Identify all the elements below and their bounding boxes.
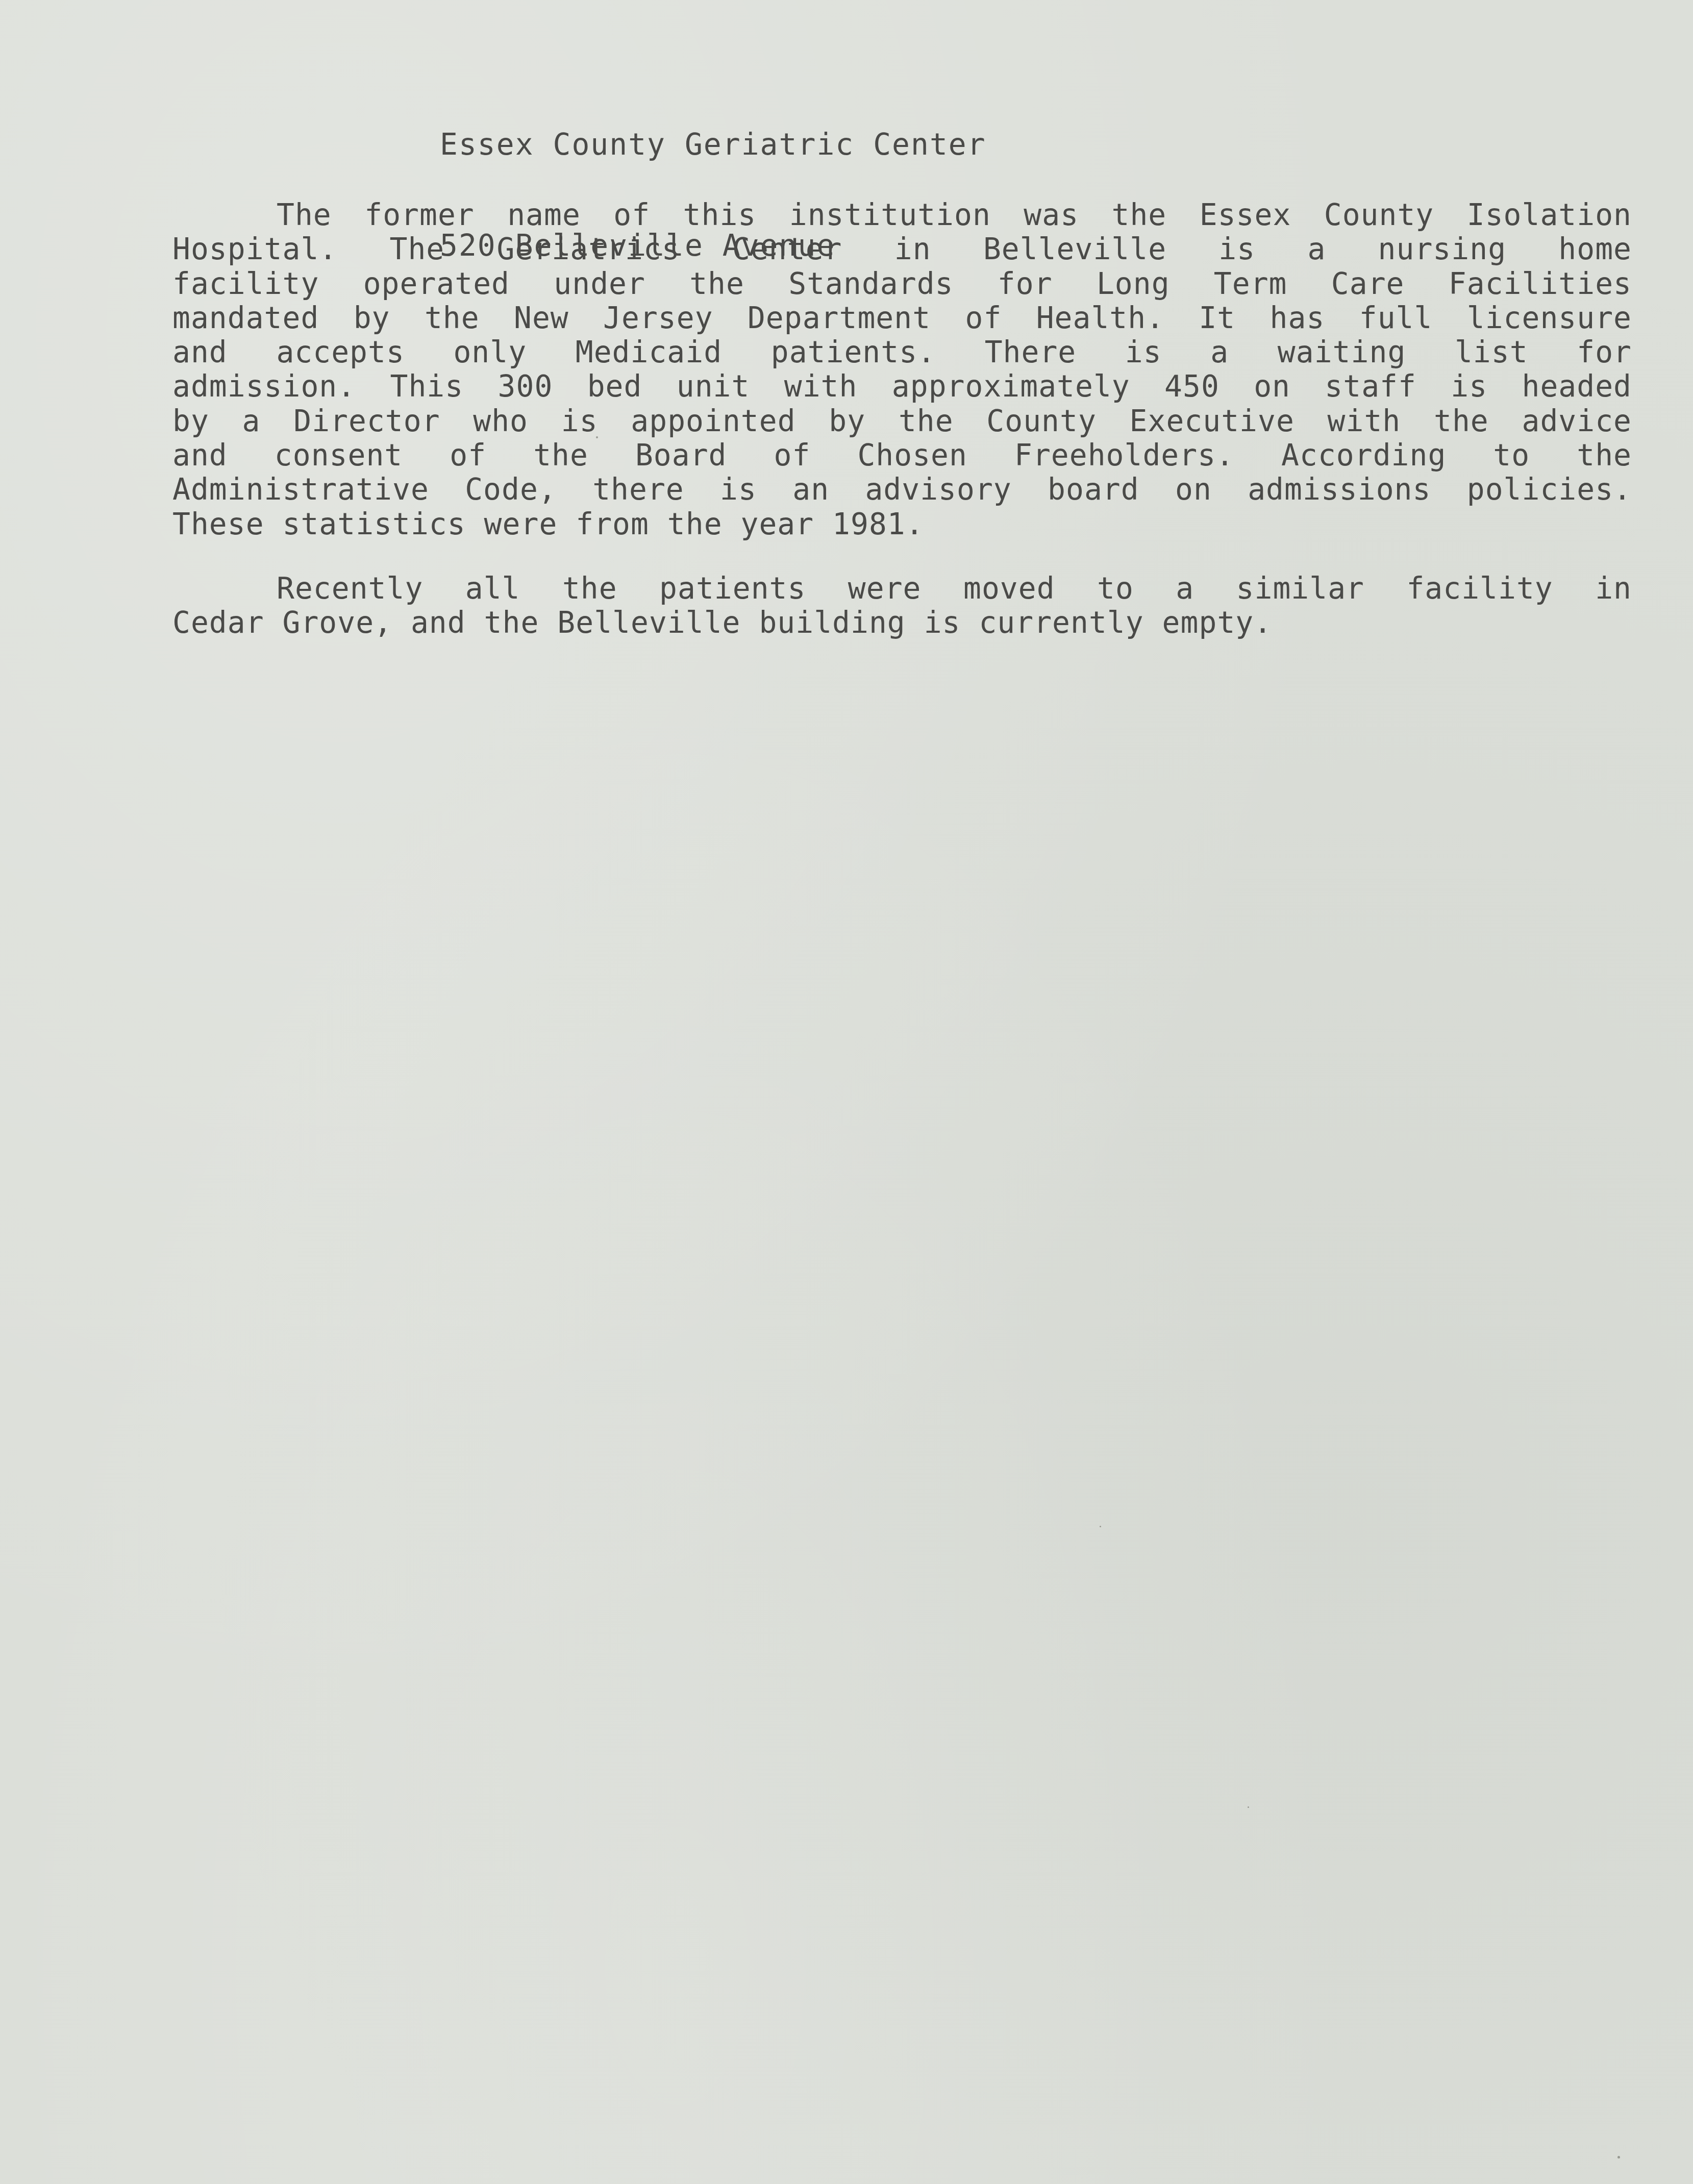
paragraph-history: The former name of this institution was …	[172, 198, 1632, 541]
paper-speck	[1248, 1806, 1249, 1808]
paper-speck	[596, 436, 598, 438]
paragraph-line: admission. This 300 bed unit with approx…	[172, 369, 1632, 404]
paragraph-line: and consent of the Board of Chosen Freeh…	[172, 438, 1632, 473]
paragraph-line: These statistics were from the year 1981…	[172, 507, 1632, 541]
paragraph-line: The former name of this institution was …	[172, 198, 1632, 232]
institution-name: Essex County Geriatric Center	[440, 128, 986, 161]
paragraph-line: facility operated under the Standards fo…	[172, 267, 1632, 301]
paper-speck	[1617, 2156, 1620, 2158]
document-page: Essex County Geriatric Center 520 Bellev…	[0, 0, 1693, 2184]
paper-speck	[1100, 1526, 1101, 1527]
paragraph-line: and accepts only Medicaid patients. Ther…	[172, 335, 1632, 369]
paragraph-line: mandated by the New Jersey Department of…	[172, 301, 1632, 335]
paragraph-line: Hospital. The Geriatrics Center in Belle…	[172, 232, 1632, 266]
paragraph-line: Recently all the patients were moved to …	[172, 572, 1632, 606]
paragraph-line: by a Director who is appointed by the Co…	[172, 404, 1632, 438]
paragraph-line: Administrative Code, there is an advisor…	[172, 473, 1632, 507]
paragraph-line: Cedar Grove, and the Belleville building…	[172, 606, 1632, 640]
paragraph-current-status: Recently all the patients were moved to …	[172, 572, 1632, 640]
